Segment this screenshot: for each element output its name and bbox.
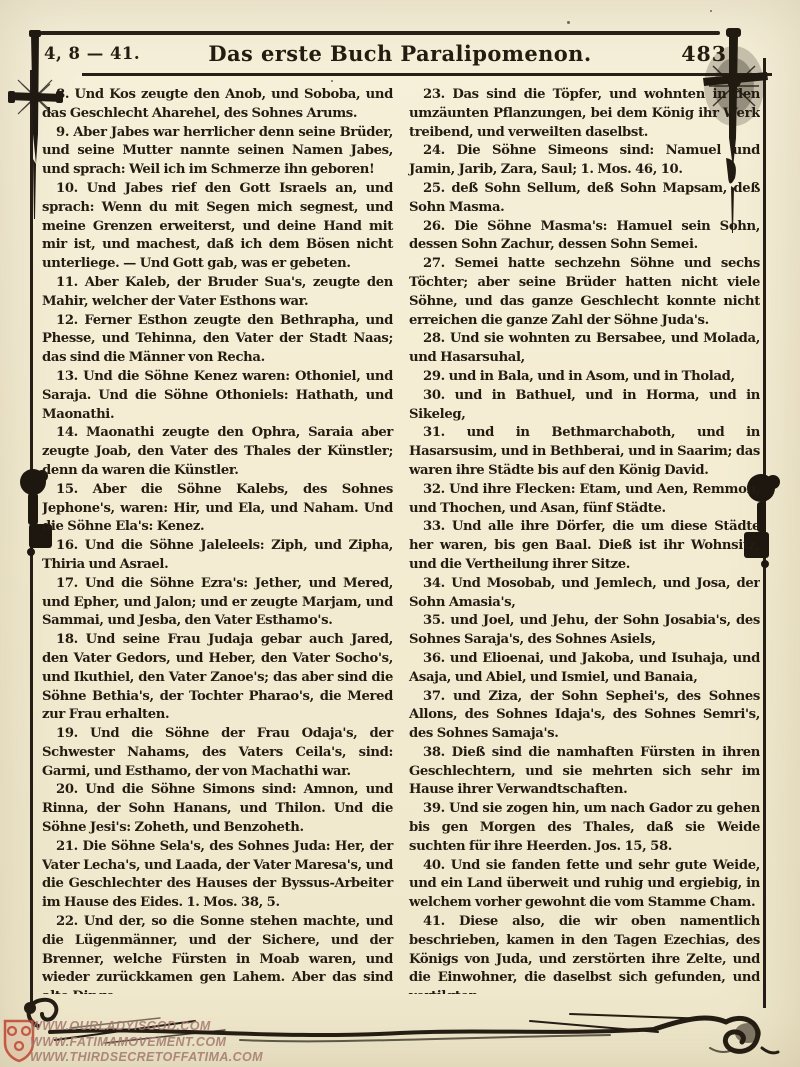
verse-number: 24.: [423, 143, 445, 158]
verse: 40. Und sie fanden fette und sehr gute W…: [409, 857, 760, 913]
verse-number: 35.: [423, 613, 445, 628]
verse: 11. Aber Kaleb, der Bruder Sua's, zeugte…: [42, 274, 393, 312]
verse-number: 37.: [423, 689, 445, 704]
verse-number: 18.: [56, 632, 78, 647]
verse-number: 38.: [423, 745, 445, 760]
text-columns: 8. Und Kos zeugte den Anob, und Soboba, …: [42, 86, 760, 994]
verse: 30. und in Bathuel, und in Horma, und in…: [409, 387, 760, 425]
verse: 36. und Elioenai, und Jakoba, und Isuhaj…: [409, 650, 760, 688]
verse-number: 9.: [56, 125, 69, 140]
verse-text: Und Jabes rief den Gott Israels an, und …: [42, 181, 393, 271]
verse-number: 20.: [56, 782, 78, 797]
verse-text: Und Mosobab, und Jemlech, und Josa, der …: [409, 576, 760, 610]
verse: 12. Ferner Esthon zeugte den Bethrapha, …: [42, 312, 393, 368]
verse-text: Die Söhne Sela's, des Sohnes Juda: Her, …: [42, 839, 393, 910]
header-divider-rule: [82, 73, 772, 76]
verse-text: Das sind die Töpfer, und wohnten in den …: [409, 87, 760, 140]
verse-number: 10.: [56, 181, 78, 196]
verse-number: 11.: [56, 275, 78, 290]
verse-text: und Elioenai, und Jakoba, und Isuhaja, u…: [409, 651, 760, 685]
top-border-rule: [40, 31, 720, 35]
verse: 39. Und sie zogen hin, um nach Gador zu …: [409, 800, 760, 856]
verse: 26. Die Söhne Masma's: Hamuel sein Sohn,…: [409, 218, 760, 256]
verse-number: 34.: [423, 576, 445, 591]
verse-text: Und die Söhne Ezra's: Jether, und Mered,…: [42, 576, 393, 629]
page-number: 483: [681, 42, 727, 66]
verse: 9. Aber Jabes war herrlicher denn seine …: [42, 124, 393, 180]
verse: 14. Maonathi zeugte den Ophra, Saraia ab…: [42, 424, 393, 480]
page-title: Das erste Buch Paralipomenon.: [0, 41, 800, 66]
verse: 33. Und alle ihre Dörfer, die um diese S…: [409, 518, 760, 574]
verse: 17. Und die Söhne Ezra's: Jether, und Me…: [42, 575, 393, 631]
verse-number: 19.: [56, 726, 78, 741]
verse: 32. Und ihre Flecken: Etam, und Aen, Rem…: [409, 481, 760, 519]
verse-text: Ferner Esthon zeugte den Bethrapha, und …: [42, 313, 393, 366]
verse: 25. deß Sohn Sellum, deß Sohn Mapsam, de…: [409, 180, 760, 218]
verse: 19. Und die Söhne der Frau Odaja's, der …: [42, 725, 393, 781]
verse-number: 30.: [423, 388, 445, 403]
verse-number: 23.: [423, 87, 445, 102]
verse-text: Und sie fanden fette und sehr gute Weide…: [409, 858, 760, 911]
verse: 41. Diese also, die wir oben namentlich …: [409, 913, 760, 994]
verse-text: Und alle ihre Dörfer, die um diese Städt…: [409, 519, 760, 572]
verse-number: 26.: [423, 219, 445, 234]
verse-text: Maonathi zeugte den Ophra, Saraia aber z…: [42, 425, 393, 478]
verse: 20. Und die Söhne Simons sind: Amnon, un…: [42, 781, 393, 837]
verse-text: Und die Söhne Jaleleels: Ziph, und Zipha…: [42, 538, 393, 572]
verse-number: 31.: [423, 425, 445, 440]
watermark-list: WWW.OURLADYISGOD.COMWWW.FATIMAMOVEMENT.C…: [30, 1019, 263, 1066]
verse-number: 8.: [56, 87, 69, 102]
verse-text: Und Kos zeugte den Anob, und Soboba, und…: [42, 87, 393, 121]
verse-number: 13.: [56, 369, 78, 384]
verse-text: Aber Jabes war herrlicher denn seine Brü…: [42, 125, 393, 178]
verse-text: Und die Söhne Simons sind: Amnon, und Ri…: [42, 782, 393, 835]
verse-text: Diese also, die wir oben namentlich besc…: [409, 914, 760, 994]
verse-text: Und die Söhne der Frau Odaja's, der Schw…: [42, 726, 393, 779]
verse-number: 39.: [423, 801, 445, 816]
verse-text: Und seine Frau Judaja gebar auch Jared, …: [42, 632, 393, 722]
verse: 16. Und die Söhne Jaleleels: Ziph, und Z…: [42, 537, 393, 575]
verse: 21. Die Söhne Sela's, des Sohnes Juda: H…: [42, 838, 393, 913]
verse-text: Dieß sind die namhaften Fürsten in ihren…: [409, 745, 760, 798]
verse-number: 15.: [56, 482, 78, 497]
ink-speck: [331, 80, 333, 82]
verse-number: 17.: [56, 576, 78, 591]
verse-number: 33.: [423, 519, 445, 534]
verse-text: Die Söhne Simeons sind: Namuel und Jamin…: [409, 143, 760, 177]
verse: 23. Das sind die Töpfer, und wohnten in …: [409, 86, 760, 142]
verse: 15. Aber die Söhne Kalebs, des Sohnes Je…: [42, 481, 393, 537]
verse-number: 32.: [423, 482, 445, 497]
verse-text: Die Söhne Masma's: Hamuel sein Sohn, des…: [409, 219, 760, 253]
verse-text: Und sie wohnten zu Bersabee, und Molada,…: [409, 331, 760, 365]
verse: 35. und Joel, und Jehu, der Sohn Josabia…: [409, 612, 760, 650]
verse-number: 12.: [56, 313, 78, 328]
ink-speck: [710, 10, 712, 12]
verse-text: deß Sohn Sellum, deß Sohn Mapsam, deß So…: [409, 181, 760, 215]
verse-number: 22.: [56, 914, 78, 929]
verse-number: 27.: [423, 256, 445, 271]
verse-number: 21.: [56, 839, 78, 854]
verse-number: 16.: [56, 538, 78, 553]
verse-text: Semei hatte sechzehn Söhne und sechs Töc…: [409, 256, 760, 327]
verse: 18. Und seine Frau Judaja gebar auch Jar…: [42, 631, 393, 725]
column-left: 8. Und Kos zeugte den Anob, und Soboba, …: [42, 86, 393, 994]
verse: 24. Die Söhne Simeons sind: Namuel und J…: [409, 142, 760, 180]
verse-text: und Ziza, der Sohn Sephei's, des Sohnes …: [409, 689, 760, 742]
watermark-url: WWW.FATIMAMOVEMENT.COM: [30, 1035, 263, 1051]
verse-text: Und sie zogen hin, um nach Gador zu gehe…: [409, 801, 760, 854]
verse: 28. Und sie wohnten zu Bersabee, und Mol…: [409, 330, 760, 368]
verse: 22. Und der, so die Sonne stehen machte,…: [42, 913, 393, 994]
verse-number: 41.: [423, 914, 445, 929]
verse-text: Aber Kaleb, der Bruder Sua's, zeugte den…: [42, 275, 393, 309]
verse-text: und Joel, und Jehu, der Sohn Josabia's, …: [409, 613, 760, 647]
ink-speck: [567, 21, 570, 24]
verse: 8. Und Kos zeugte den Anob, und Soboba, …: [42, 86, 393, 124]
verse-number: 29.: [423, 369, 445, 384]
verse-text: Und der, so die Sonne stehen machte, und…: [42, 914, 393, 994]
verse-text: Und die Söhne Kenez waren: Othoniel, und…: [42, 369, 393, 422]
verse: 13. Und die Söhne Kenez waren: Othoniel,…: [42, 368, 393, 424]
verse: 38. Dieß sind die namhaften Fürsten in i…: [409, 744, 760, 800]
verse-text: Und ihre Flecken: Etam, und Aen, Remmon,…: [409, 482, 760, 516]
verse-text: und in Bathuel, und in Horma, und in Sik…: [409, 388, 760, 422]
verse-number: 36.: [423, 651, 445, 666]
verse-text: und in Bala, und in Asom, und in Tholad,: [445, 369, 735, 384]
watermark-url: WWW.THIRDSECRETOFFATIMA.COM: [30, 1050, 263, 1066]
verse-number: 14.: [56, 425, 78, 440]
verse: 31. und in Bethmarchaboth, und in Hasars…: [409, 424, 760, 480]
watermark-url: WWW.OURLADYISGOD.COM: [30, 1019, 263, 1035]
verse: 34. Und Mosobab, und Jemlech, und Josa, …: [409, 575, 760, 613]
verse-number: 25.: [423, 181, 445, 196]
book-page: 4, 8 — 41. Das erste Buch Paralipomenon.…: [0, 0, 800, 1067]
column-right: 23. Das sind die Töpfer, und wohnten in …: [409, 86, 760, 994]
verse: 10. Und Jabes rief den Gott Israels an, …: [42, 180, 393, 274]
verse-number: 28.: [423, 331, 445, 346]
verse: 37. und Ziza, der Sohn Sephei's, des Soh…: [409, 688, 760, 744]
verse-text: Aber die Söhne Kalebs, des Sohnes Jephon…: [42, 482, 393, 535]
verse: 27. Semei hatte sechzehn Söhne und sechs…: [409, 255, 760, 330]
verse: 29. und in Bala, und in Asom, und in Tho…: [409, 368, 760, 387]
verse-number: 40.: [423, 858, 445, 873]
verse-text: und in Bethmarchaboth, und in Hasarsusim…: [409, 425, 760, 478]
